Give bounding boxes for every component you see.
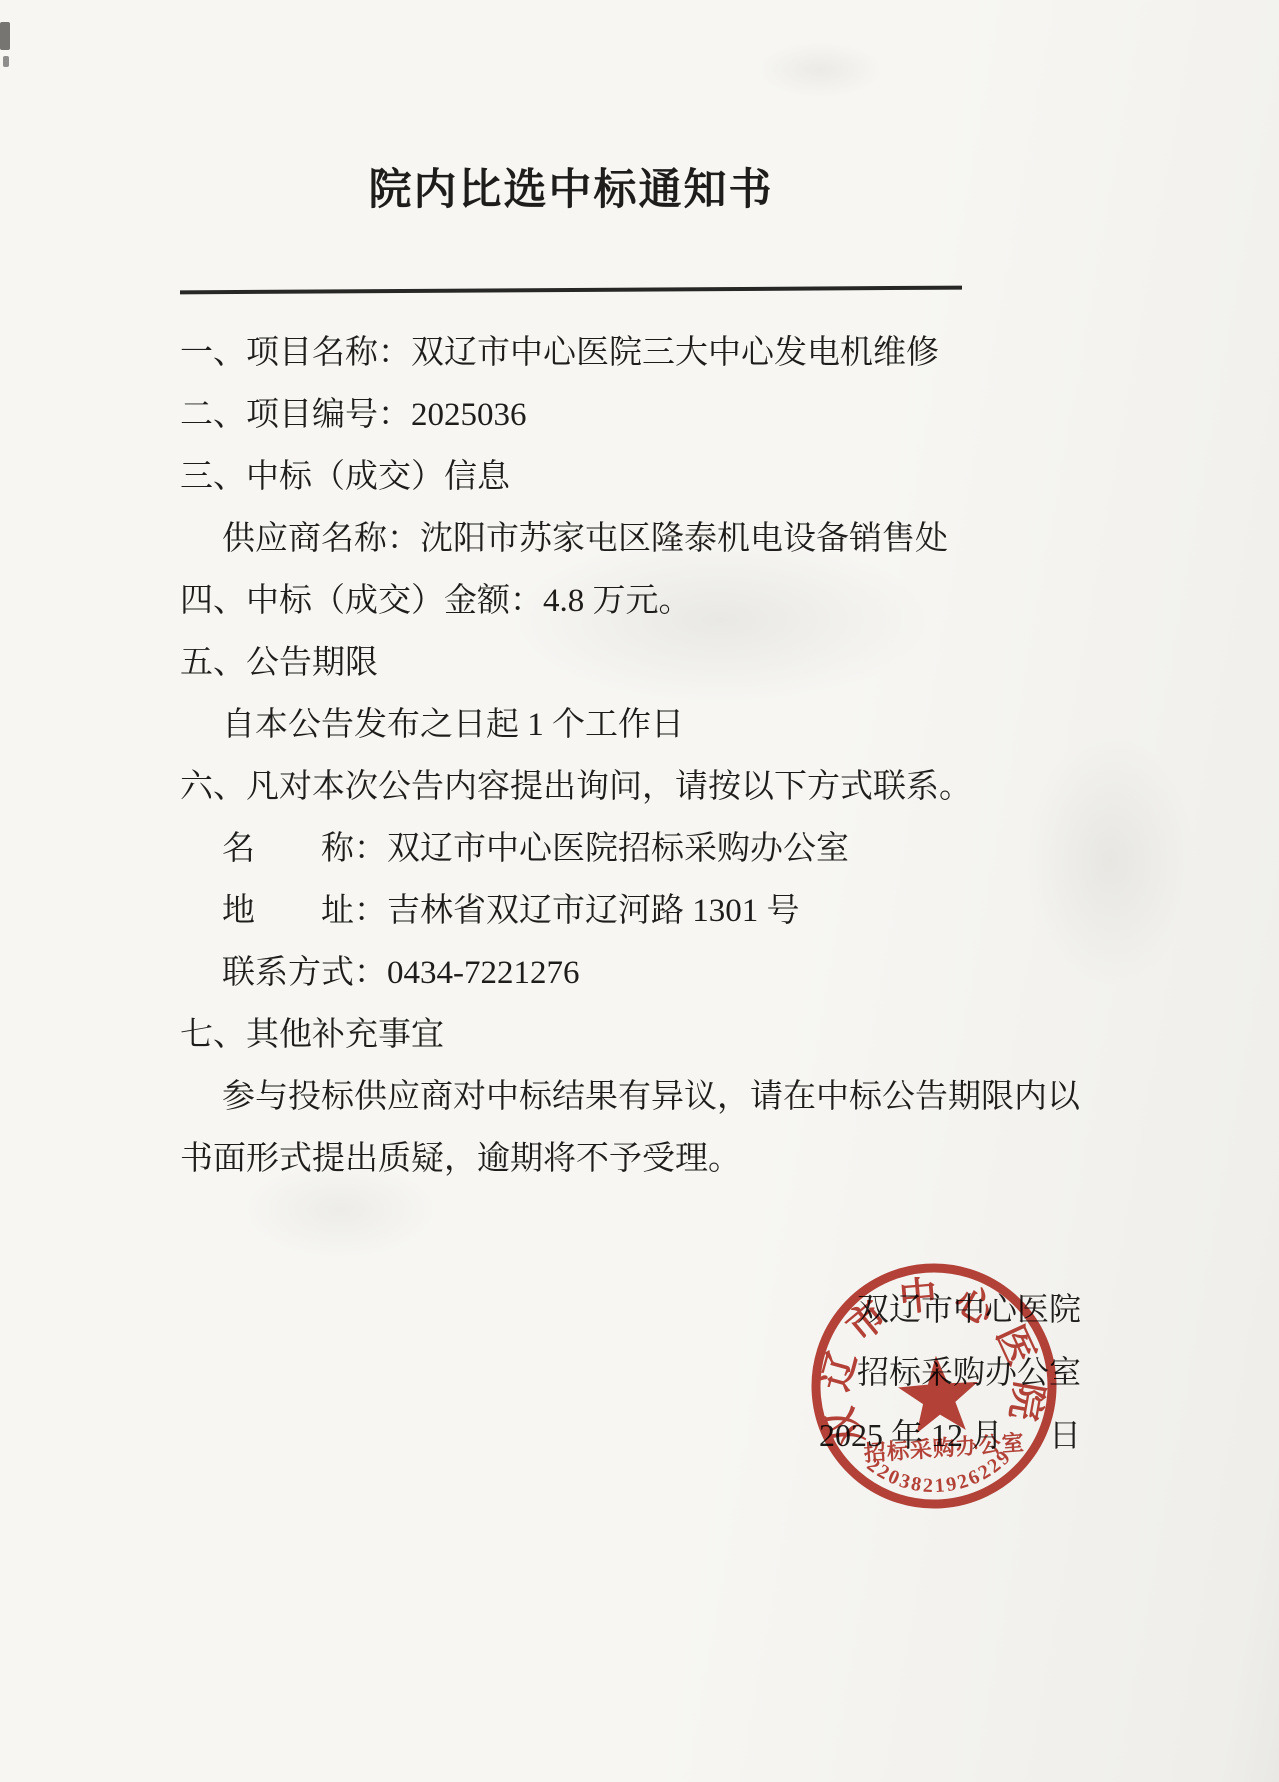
line-supplier-name: 供应商名称：沈阳市苏家屯区隆泰机电设备销售处 — [180, 508, 1090, 570]
line-contact-heading: 六、凡对本次公告内容提出询问，请按以下方式联系。 — [180, 756, 1090, 818]
scan-artifact-mark — [0, 22, 10, 50]
page-title: 院内比选中标通知书 — [180, 156, 962, 217]
line-notice-period-heading: 五、公告期限 — [180, 632, 1090, 694]
line-contact-address: 地 址：吉林省双辽市辽河路 1301 号 — [180, 880, 1090, 942]
line-contact-name: 名 称：双辽市中心医院招标采购办公室 — [180, 818, 1090, 880]
line-objection-text-1: 参与投标供应商对中标结果有异议，请在中标公告期限内以 — [180, 1066, 1090, 1128]
scan-artifact-mark — [3, 56, 9, 67]
line-notice-period: 自本公告发布之日起 1 个工作日 — [180, 694, 1090, 756]
line-award-info-heading: 三、中标（成交）信息 — [180, 446, 1090, 508]
line-project-name: 一、项目名称：双辽市中心医院三大中心发电机维修 — [180, 322, 1090, 384]
title-divider — [180, 286, 962, 295]
line-award-amount: 四、中标（成交）金额：4.8 万元。 — [180, 570, 1090, 632]
line-other-matters-heading: 七、其他补充事宜 — [180, 1004, 1090, 1066]
seal-ring-text: 双辽市中心医院 — [807, 1267, 1053, 1454]
official-seal-stamp-icon: 双辽市中心医院 招标采购办公室 2203821926229 — [774, 1226, 1094, 1546]
scanned-document-page: 院内比选中标通知书 一、项目名称：双辽市中心医院三大中心发电机维修 二、项目编号… — [0, 0, 1279, 1782]
line-contact-phone: 联系方式：0434-7221276 — [180, 942, 1090, 1004]
seal-star-icon — [896, 1353, 981, 1434]
document-body: 一、项目名称：双辽市中心医院三大中心发电机维修 二、项目编号：2025036 三… — [180, 322, 1090, 1190]
line-objection-text-2: 书面形式提出质疑，逾期将不予受理。 — [180, 1128, 1090, 1190]
line-project-number: 二、项目编号：2025036 — [180, 384, 1090, 446]
